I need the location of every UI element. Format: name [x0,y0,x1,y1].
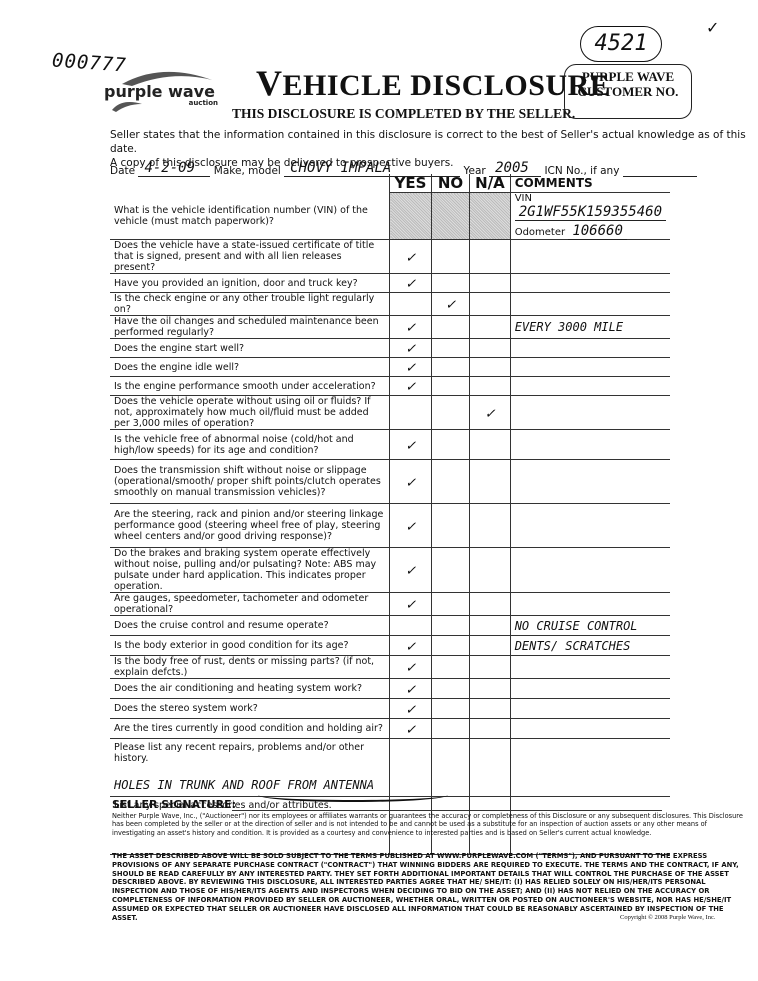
question-text: Does the air conditioning and heating sy… [110,679,390,699]
disclosure-table: YES NO N/A COMMENTS What is the vehicle … [110,174,670,855]
answer-na-cell[interactable] [470,293,511,316]
comment-cell[interactable] [510,339,670,358]
answer-no-cell[interactable] [431,274,469,293]
logo-subtext: auction [189,99,218,107]
seller-signature-field[interactable] [232,810,662,811]
answer-na-cell[interactable] [470,377,511,396]
signature-scrawl [258,788,448,802]
answer-na-cell[interactable] [470,548,511,593]
comment-cell[interactable] [510,396,670,430]
answer-yes-cell[interactable]: ✓ [390,719,432,739]
question-row: Have the oil changes and scheduled maint… [110,316,670,339]
answer-yes-cell[interactable]: ✓ [390,358,432,377]
header-na: N/A [470,174,511,193]
question-row: Are the tires currently in good conditio… [110,719,670,739]
answer-na-cell[interactable] [470,656,511,679]
answer-yes-cell[interactable] [390,396,432,430]
question-row: Does the cruise control and resume opera… [110,616,670,636]
answer-na-cell[interactable] [470,636,511,656]
comment-cell[interactable] [510,293,670,316]
question-row: Does the vehicle have a state-issued cer… [110,240,670,274]
question-text: Does the vehicle have a state-issued cer… [110,240,390,274]
page-subtitle: THIS DISCLOSURE IS COMPLETED BY THE SELL… [232,106,575,122]
odometer-field[interactable]: Odometer 106660 [515,223,666,239]
answer-no-cell[interactable] [431,504,469,548]
question-row: Are gauges, speedometer, tachometer and … [110,593,670,616]
comment-cell[interactable] [510,719,670,739]
question-text: Are the steering, rack and pinion and/or… [110,504,390,548]
comment-cell[interactable] [510,656,670,679]
answer-no-cell[interactable] [431,396,469,430]
question-text: Does the stereo system work? [110,699,390,719]
question-text: Is the vehicle free of abnormal noise (c… [110,430,390,460]
answer-no-cell[interactable]: ✓ [431,293,469,316]
comment-cell[interactable] [510,240,670,274]
answer-yes-cell[interactable]: ✓ [390,240,432,274]
comment-cell[interactable] [510,593,670,616]
shaded-cell [470,193,511,240]
seller-signature-label: SELLER SIGNATURE: [112,798,236,811]
terms-text: THE ASSET DESCRIBED ABOVE WILL BE SOLD S… [112,852,747,922]
question-text: Does the vehicle operate without using o… [110,396,390,430]
comment-cell[interactable] [510,377,670,396]
comment-cell[interactable]: DENTS/ SCRATCHES [510,636,670,656]
answer-no-cell[interactable] [431,460,469,504]
customer-number-handwritten: 4521 [580,26,662,62]
check-mark-icon: ✓ [706,18,719,37]
comment-cell[interactable] [510,460,670,504]
purple-wave-logo: purple wave auction [102,68,222,114]
header-comments: COMMENTS [510,174,670,193]
comment-cell[interactable] [510,548,670,593]
disclaimer-text: Neither Purple Wave, Inc., ("Auctioneer"… [112,812,747,837]
answer-na-cell[interactable] [470,430,511,460]
answer-no-cell[interactable] [431,616,469,636]
answer-yes-cell[interactable]: ✓ [390,679,432,699]
shaded-cell [390,193,432,240]
answer-na-cell[interactable] [470,593,511,616]
question-text: Is the engine performance smooth under a… [110,377,390,396]
title-rest: EHICLE DISCLOSURE [283,69,611,102]
answer-na-cell[interactable] [470,679,511,699]
question-text: Is the body free of rust, dents or missi… [110,656,390,679]
answer-yes-cell[interactable]: ✓ [390,548,432,593]
answer-na-cell[interactable] [470,316,511,339]
comment-cell[interactable] [510,504,670,548]
question-row: Is the engine performance smooth under a… [110,377,670,396]
comment-cell[interactable]: NO CRUISE CONTROL [510,616,670,636]
vin-row: What is the vehicle identification numbe… [110,193,670,240]
answer-yes-cell[interactable]: ✓ [390,636,432,656]
question-text: Are the tires currently in good conditio… [110,719,390,739]
answer-no-cell[interactable] [431,656,469,679]
answer-no-cell[interactable] [431,339,469,358]
answer-no-cell[interactable] [431,719,469,739]
comment-cell[interactable] [510,699,670,719]
answer-na-cell[interactable] [470,460,511,504]
answer-na-cell[interactable] [470,358,511,377]
question-text: Are gauges, speedometer, tachometer and … [110,593,390,616]
answer-na-cell[interactable] [470,616,511,636]
answer-yes-cell[interactable]: ✓ [390,274,432,293]
answer-no-cell[interactable] [431,358,469,377]
question-row: Have you provided an ignition, door and … [110,274,670,293]
question-text: Do the brakes and braking system operate… [110,548,390,593]
question-text: Does the cruise control and resume opera… [110,616,390,636]
question-row: Is the check engine or any other trouble… [110,293,670,316]
question-row: Is the body free of rust, dents or missi… [110,656,670,679]
answer-na-cell[interactable] [470,719,511,739]
question-row: Does the stereo system work?✓ [110,699,670,719]
intro-line-1: Seller states that the information conta… [110,128,750,156]
comment-cell[interactable] [510,274,670,293]
answer-na-cell[interactable] [470,504,511,548]
answer-no-cell[interactable] [431,240,469,274]
vin-field[interactable]: VIN 2G1WF55K159355460 [515,193,666,220]
question-row: Is the body exterior in good condition f… [110,636,670,656]
question-row: Does the engine start well?✓ [110,339,670,358]
answer-no-cell[interactable] [431,316,469,339]
answer-yes-cell[interactable] [390,293,432,316]
page-title: VEHICLE DISCLOSURE [256,62,610,104]
header-yes: YES [390,174,432,193]
comment-cell[interactable] [510,679,670,699]
question-row: Does the transmission shift without nois… [110,460,670,504]
answer-yes-cell[interactable]: ✓ [390,593,432,616]
question-text: Does the transmission shift without nois… [110,460,390,504]
answer-no-cell[interactable] [431,679,469,699]
answer-yes-cell[interactable]: ✓ [390,460,432,504]
comment-cell[interactable] [510,358,670,377]
answer-na-cell[interactable] [470,240,511,274]
question-text: Does the engine idle well? [110,358,390,377]
answer-yes-cell[interactable]: ✓ [390,504,432,548]
question-text: Is the body exterior in good condition f… [110,636,390,656]
question-row: Does the engine idle well?✓ [110,358,670,377]
answer-yes-cell[interactable]: ✓ [390,377,432,396]
question-text: Have you provided an ignition, door and … [110,274,390,293]
answer-na-cell[interactable] [470,339,511,358]
answer-no-cell[interactable] [431,548,469,593]
question-text: Is the check engine or any other trouble… [110,293,390,316]
answer-yes-cell[interactable]: ✓ [390,656,432,679]
answer-yes-cell[interactable] [390,616,432,636]
answer-no-cell[interactable] [431,593,469,616]
answer-yes-cell[interactable]: ✓ [390,339,432,358]
repairs-prompt: Please list any recent repairs, problems… [114,742,385,764]
comment-cell[interactable] [510,430,670,460]
answer-yes-cell[interactable]: ✓ [390,430,432,460]
question-row: Do the brakes and braking system operate… [110,548,670,593]
customer-number-box: PURPLE WAVE CUSTOMER NO. [564,64,692,119]
answer-no-cell[interactable] [431,377,469,396]
vin-question: What is the vehicle identification numbe… [110,193,390,240]
answer-yes-cell[interactable]: ✓ [390,316,432,339]
answer-no-cell[interactable] [431,430,469,460]
comment-cell[interactable]: EVERY 3000 MILE [510,316,670,339]
answer-no-cell[interactable] [431,699,469,719]
answer-na-cell[interactable]: ✓ [470,396,511,430]
question-text: Have the oil changes and scheduled maint… [110,316,390,339]
title-initial: V [256,63,283,103]
question-text: Does the engine start well? [110,339,390,358]
question-row: Does the vehicle operate without using o… [110,396,670,430]
answer-yes-cell[interactable]: ✓ [390,699,432,719]
question-row: Is the vehicle free of abnormal noise (c… [110,430,670,460]
shaded-cell [431,193,469,240]
question-row: Does the air conditioning and heating sy… [110,679,670,699]
copyright: Copyright © 2008 Purple Wave, Inc. [620,914,715,921]
header-no: NO [431,174,469,193]
answer-no-cell[interactable] [431,636,469,656]
question-row: Are the steering, rack and pinion and/or… [110,504,670,548]
answer-na-cell[interactable] [470,699,511,719]
answer-na-cell[interactable] [470,274,511,293]
